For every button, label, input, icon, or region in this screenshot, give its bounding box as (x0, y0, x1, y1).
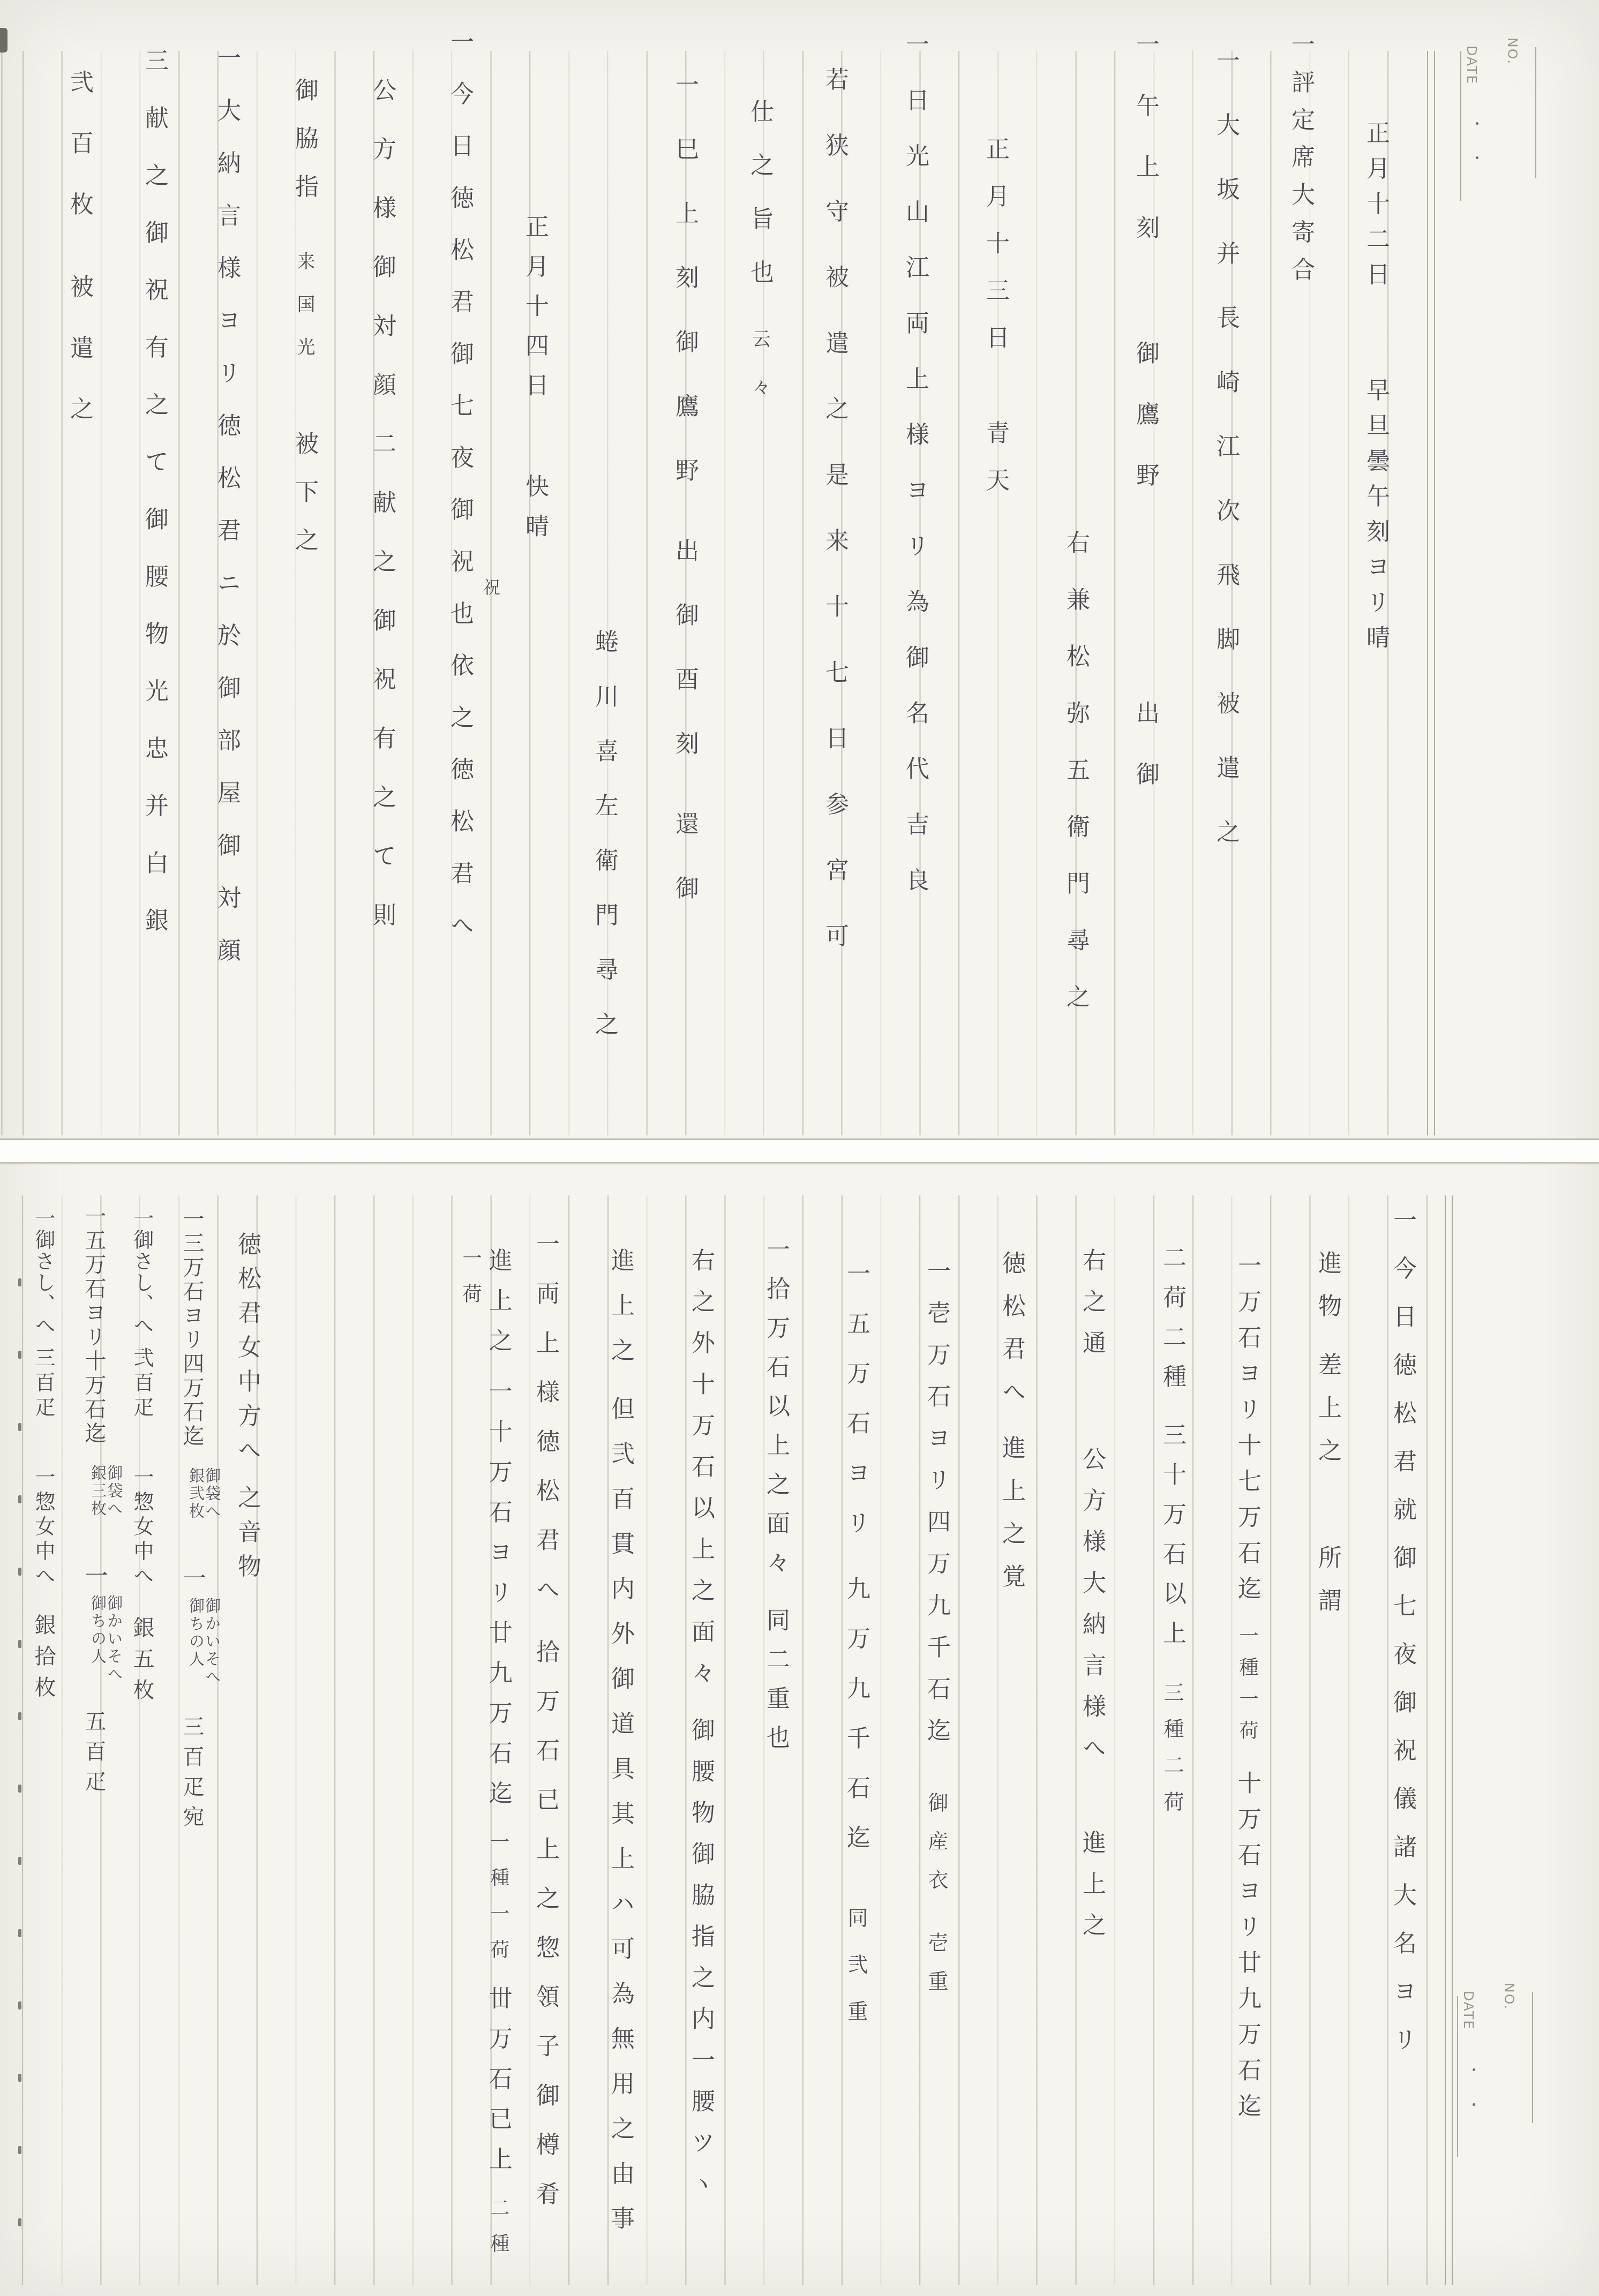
text-run: 差上之 (1314, 1352, 1341, 1481)
note-line: 銀弐枚 (187, 1467, 204, 1520)
margin-double-rule (1445, 1195, 1446, 2285)
text-column: 二荷二種三十万石以上三種二荷 (1158, 1245, 1186, 2293)
date-field-line (1460, 51, 1461, 201)
date-separator-dot (1473, 2068, 1475, 2071)
text-column: 一両上様徳松君へ拾万石已上之惣領子御樽肴 (531, 1232, 559, 2293)
date-separator-dot (1473, 2103, 1475, 2106)
text-run: 三百疋宛 (179, 1715, 204, 1835)
text-run: 一三万石ヨリ四万石迄 (179, 1208, 204, 1449)
text-run: 一御さし、へ (130, 1208, 154, 1336)
text-run: 進上之 (1078, 1830, 1106, 1954)
text-run: 右之外十万石以上之面々 (687, 1248, 715, 1702)
text-run: 拾万石已上之惣領子御樽肴 (532, 1639, 559, 2231)
text-run: 公方様御対顔二献之御祝有之て則 (369, 78, 396, 961)
text-column: 一今日徳松君御七夜御祝也依之徳松君へ (446, 29, 474, 1135)
text-run: 還御 (671, 811, 699, 940)
text-run: 三種二荷 (1160, 1682, 1184, 1827)
text-run: 正月十四日 (521, 214, 549, 412)
text-run: 快晴 (521, 474, 549, 553)
text-run: 丗万石已上 (485, 1986, 512, 2187)
text-run: 同二重也 (762, 1608, 790, 1764)
perforation-tick (18, 1857, 21, 1865)
text-run: 一惣女中へ (32, 1466, 55, 1590)
ruled-lines (0, 1195, 1444, 2285)
text-column: 徳松君女中方へ之音物 (233, 1232, 261, 2293)
text-run: 御腰物御脇指之内一腰ツヽ (687, 1718, 715, 2212)
text-run: 右兼松弥五衛門尋之 (1062, 530, 1090, 1041)
note-line: 御袋へ (106, 1465, 122, 1518)
date-field-line (1457, 1996, 1458, 2157)
text-column: 一今日徳松君就御七夜御祝儀諸大名ヨリ (1388, 1208, 1416, 2293)
text-column: 進上之一十万石ヨリ廿九万石迄一種一荷丗万石已上二種一荷 (456, 1248, 512, 2293)
text-run: 一両上様徳松君へ (532, 1232, 559, 1626)
text-column: 正月十四日快晴 (521, 214, 549, 1135)
note-line: 御ちの人 (89, 1595, 106, 1683)
perforation-tick (18, 1929, 21, 1937)
text-run: 銀拾枚 (31, 1614, 56, 1707)
text-run: 弐百疋 (130, 1347, 154, 1421)
text-column: 三献之御祝有之て御腰物光忠并白銀 (140, 48, 168, 1135)
text-run: 青天 (982, 420, 1009, 515)
text-run: 若狭守被遣之是来十七日参宮可 (821, 67, 849, 989)
text-column: 仕之旨也云々 (746, 99, 774, 1135)
text-column: 一拾万石以上之面々同二重也 (762, 1237, 790, 2293)
text-column: 御脇指来国光被下之 (290, 78, 318, 1135)
no-label: NO. (1502, 1983, 1517, 2010)
page-scan-1: NO. DATE 正月十二日早旦曇午刻ヨリ晴一評定席大寄合一大坂并長崎江次飛脚被… (0, 0, 1599, 1140)
margin-double-rule (1434, 51, 1435, 1135)
text-run: 十万石ヨリ廿九万石迄 (1234, 1771, 1261, 2129)
text-run: 一種一荷 (1236, 1625, 1258, 1752)
text-run: 進上之 (485, 1248, 512, 1368)
note-line: 御かいそへ (204, 1598, 220, 1686)
double-line-note: 御袋へ銀弐枚 (187, 1467, 220, 1520)
date-label: DATE (1461, 1991, 1476, 2030)
text-run: 被遣之 (66, 274, 93, 457)
no-label: NO. (1505, 37, 1520, 65)
text-run: 一五万石ヨリ (843, 1261, 870, 1560)
text-run: 仕之旨也 (746, 99, 774, 313)
note-line: 御袋へ (204, 1467, 220, 1520)
perforation-tick (18, 1351, 21, 1359)
text-column: 一三万石ヨリ四万石迄御袋へ銀弐枚一御かいそへ御ちの人三百疋宛 (178, 1208, 216, 2293)
note-line: 御かいそへ (106, 1595, 122, 1683)
text-run: 来国光 (294, 252, 315, 380)
text-run: 御産衣 (925, 1792, 948, 1908)
text-column: 一評定席大寄合 (1287, 32, 1315, 1135)
text-run: 一五万石ヨリ十万石迄 (81, 1205, 106, 1446)
text-column: 進上之但弐百貫内外御道具其上ハ可為無用之由事 (606, 1248, 634, 2293)
scan-edge-mark (0, 28, 7, 52)
no-field-line (1532, 1992, 1533, 2123)
text-run: 正月十二日 (1362, 121, 1390, 297)
text-run: 出御 (1132, 701, 1159, 823)
text-column: 蜷川喜左衛門尋之 (590, 629, 618, 1135)
text-run: 一評定席大寄合 (1287, 32, 1315, 295)
text-run: 一万石ヨリ十七万石迄 (1234, 1253, 1261, 1612)
text-run: 一拾万石以上之面々 (762, 1237, 790, 1589)
text-run: 蜷川喜左衛門尋之 (591, 629, 618, 1066)
text-run: 同弐重 (844, 1907, 868, 2047)
no-field-line (1535, 47, 1536, 178)
text-run: 一 (178, 1566, 206, 1592)
text-run: 徳松君へ (998, 1251, 1025, 1422)
date-separator-dot (1476, 122, 1478, 125)
text-column: 一大納言様ヨリ徳松君ニ於御部屋御対顔 (213, 46, 241, 1135)
text-column: 一万石ヨリ十七万石迄一種一荷十万石ヨリ廿九万石迄 (1233, 1253, 1261, 2293)
text-run: 一十万石ヨリ廿九万石迄 (485, 1379, 512, 1821)
text-run: 早旦曇午刻ヨリ晴 (1362, 378, 1390, 660)
page-scan-2: NO. DATE 一今日徳松君就御七夜御祝儀諸大名ヨリ進物差上之所謂一万石ヨリ十… (0, 1163, 1599, 2296)
text-run: 被下之 (291, 431, 318, 576)
text-run: 但弐百貫内外御道具其上ハ可為無用之由事 (607, 1396, 634, 2251)
text-column: 公方様御対顔二献之御祝有之て則 (368, 78, 396, 1135)
text-run: 云々 (749, 329, 770, 426)
text-run: 御鷹野 (1132, 341, 1159, 524)
double-line-note: 御かいそへ御ちの人 (187, 1598, 220, 1686)
text-run: 一今日徳松君御七夜御祝也依之徳松君へ (446, 29, 474, 965)
perforation-tick (18, 2001, 21, 2009)
text-column: 一日光山江両上様ヨリ為御名代吉良 (901, 32, 929, 1135)
perforation-tick (18, 2146, 21, 2154)
text-run: 一巳上刻御鷹野 (671, 72, 699, 522)
perforation-tick (18, 1640, 21, 1648)
note-line: 銀三枚 (89, 1465, 106, 1518)
page1-bottom-edge (0, 1138, 1599, 1140)
text-run: 一日光山江両上様ヨリ為御名代吉良 (902, 32, 929, 923)
double-line-note: 御袋へ銀三枚 (89, 1465, 122, 1518)
text-column: 正月十三日青天 (981, 137, 1009, 1135)
text-column: 右之通公方様大納言様へ進上之 (1078, 1248, 1106, 2293)
perforation-tick (18, 1423, 21, 1431)
perforation-tick (18, 2218, 21, 2226)
text-column: 進物差上之所謂 (1313, 1251, 1341, 2293)
text-column: 若狭守被遣之是来十七日参宮可 (821, 67, 849, 1135)
text-run: 正月十三日 (982, 137, 1009, 372)
text-column: 一午上刻御鷹野出御 (1131, 32, 1159, 1135)
text-column: 一大坂并長崎江次飛脚被遣之 (1212, 48, 1240, 1135)
date-label: DATE (1464, 46, 1480, 85)
perforation-tick (18, 1495, 21, 1503)
text-run: 壱重 (925, 1932, 948, 2009)
double-line-note: 御かいそへ御ちの人 (89, 1595, 122, 1683)
date-separator-dot (1476, 156, 1478, 159)
text-run: 進物 (1314, 1251, 1341, 1336)
text-run: 所謂 (1314, 1545, 1341, 1631)
text-run: 之音物 (234, 1485, 261, 1588)
perforation-tick (18, 1278, 21, 1286)
perforation-tick (18, 1785, 21, 1793)
text-run: 一大納言様ヨリ徳松君ニ於御部屋御対顔 (213, 46, 241, 990)
text-run: 右之通 (1078, 1248, 1106, 1372)
text-column: 正月十二日早旦曇午刻ヨリ晴 (1362, 121, 1390, 1135)
text-column: 一五万石ヨリ十万石迄御袋へ銀三枚一御かいそへ御ちの人五百疋 (80, 1205, 118, 2293)
margin-double-rule (1427, 51, 1428, 1135)
text-run: 二荷二種 (1159, 1245, 1186, 1404)
text-run: 徳松君女中方へ (234, 1232, 261, 1472)
perforation-tick (18, 2074, 21, 2082)
interlinear-correction: 祝 (478, 578, 503, 596)
perforation-tick (18, 1568, 21, 1576)
text-column: 一御さし、へ弐百疋一惣女中へ銀五枚 (128, 1208, 156, 2293)
text-run: 一種一荷 (487, 1832, 509, 1975)
text-run: 弐百枚 (66, 70, 93, 253)
text-run: 一午上刻 (1132, 32, 1159, 276)
text-column: 一巳上刻御鷹野出御酉刻還御 (671, 72, 699, 1135)
text-run: 一 (80, 1563, 108, 1590)
text-run: 五百疋 (81, 1710, 106, 1800)
text-run: 九万九千石迄 (843, 1576, 870, 1875)
text-run: 一壱万石ヨリ四万九千石迄 (923, 1259, 950, 1760)
text-column: 一御さし、へ三百疋一惣女中へ銀拾枚 (29, 1208, 57, 2293)
text-run: 進上之覚 (998, 1435, 1025, 1607)
text-run: 一大坂并長崎江次飛脚被遣之 (1212, 48, 1240, 884)
margin-double-rule (1452, 1195, 1453, 2285)
text-run: 公方様大納言様へ (1078, 1447, 1106, 1776)
text-column: 一壱万石ヨリ四万九千石迄御産衣壱重 (922, 1259, 950, 2293)
text-column: 一五万石ヨリ九万九千石迄同弐重 (842, 1261, 870, 2293)
text-run: 銀五枚 (130, 1616, 154, 1710)
text-column: 徳松君へ進上之覚 (997, 1251, 1025, 2293)
text-run: 一惣女中へ (130, 1466, 154, 1590)
text-column: 弐百枚被遣之 (65, 70, 93, 1135)
perforation-tick (18, 1712, 21, 1720)
text-run: 御脇指 (291, 78, 318, 222)
text-column: 右之外十万石以上之面々御腰物御脇指之内一腰ツヽ (687, 1248, 715, 2293)
page-gap (0, 1140, 1599, 1163)
text-run: 出御酉刻 (671, 538, 699, 795)
note-line: 御ちの人 (187, 1598, 204, 1686)
text-run: 三十万石以上 (1159, 1422, 1186, 1660)
text-run: 進上之 (607, 1248, 634, 1383)
text-run: 一今日徳松君就御七夜御祝儀諸大名ヨリ (1389, 1208, 1416, 2075)
text-run: 三百疋 (32, 1347, 55, 1421)
text-run: 一御さし、へ (32, 1208, 55, 1336)
scanned-notebook-document: NO. DATE 正月十二日早旦曇午刻ヨリ晴一評定席大寄合一大坂并長崎江次飛脚被… (0, 0, 1599, 2296)
text-run: 三献之御祝有之て御腰物光忠并白銀 (141, 48, 168, 965)
text-column: 右兼松弥五衛門尋之 (1062, 530, 1090, 1135)
